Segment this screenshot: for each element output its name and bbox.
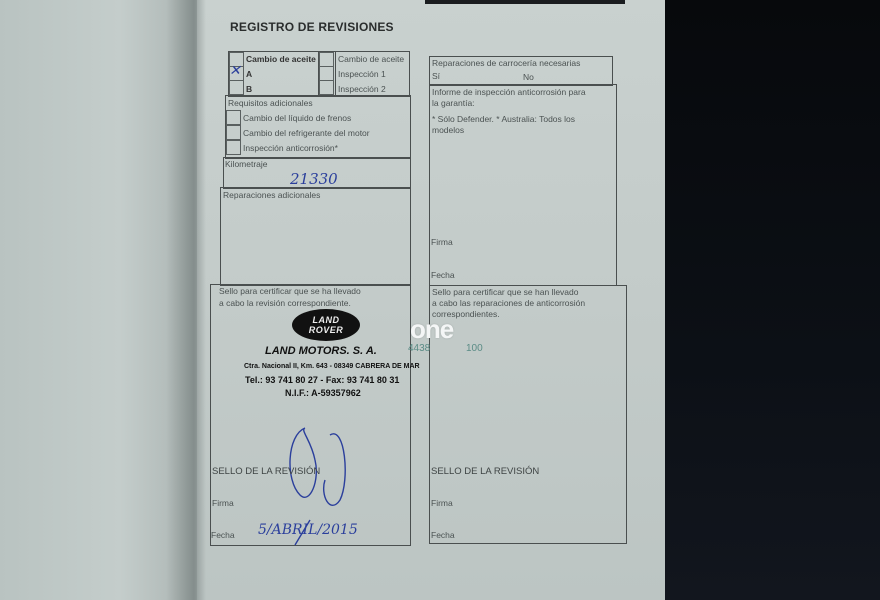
report-date-label: Fecha xyxy=(431,270,455,280)
book-gutter xyxy=(166,0,206,600)
watermark-logo: one xyxy=(410,314,453,345)
watermark-number-1: 4438 xyxy=(408,343,430,354)
check-mark-icon: ✕ xyxy=(229,63,241,79)
stamp-nif: N.I.F.: A-59357962 xyxy=(285,388,361,398)
stamp-address: Ctra. Nacional II, Km. 643 - 08349 CABRE… xyxy=(244,363,420,370)
additional-repairs-box xyxy=(220,187,411,286)
body-repairs-label: Reparaciones de carrocería necesarias xyxy=(432,58,580,68)
oil-option-a: A xyxy=(246,69,252,79)
anticorrosion-label: Inspección anticorrosión* xyxy=(243,143,338,153)
brake-fluid-label: Cambio del líquido de frenos xyxy=(243,113,351,123)
mileage-value: 21330 xyxy=(290,170,338,188)
anticorrosion-seal-label: SELLO DE LA REVISIÓN xyxy=(431,466,539,477)
coolant-checkbox[interactable] xyxy=(226,125,241,140)
stamp-company: LAND MOTORS. S. A. xyxy=(265,345,377,357)
oil-b-checkbox[interactable] xyxy=(229,80,244,95)
dark-background xyxy=(665,0,880,600)
anticorrosion-date-label: Fecha xyxy=(431,530,455,540)
certify-text-line-2: a cabo la revisión correspondiente. xyxy=(219,298,351,308)
anticorrosion-checkbox[interactable] xyxy=(226,140,241,155)
inspection-1-label: Inspección 1 xyxy=(338,69,386,79)
signature-label: Firma xyxy=(212,498,234,508)
inspection-2-checkbox[interactable] xyxy=(319,80,334,95)
watermark-number-2: 100 xyxy=(466,343,483,354)
service-oil-checkbox[interactable] xyxy=(319,52,334,67)
oil-option-b: B xyxy=(246,84,252,94)
service-oil-label: Cambio de aceite xyxy=(338,54,404,64)
corrosion-report-line-1: Informe de inspección anticorrosión para xyxy=(432,87,586,97)
page-top-edge xyxy=(425,0,625,4)
note-line-2: modelos xyxy=(432,125,464,135)
stamp-phone: Tel.: 93 741 80 27 - Fax: 93 741 80 31 xyxy=(245,375,399,385)
page-title: REGISTRO DE REVISIONES xyxy=(230,20,394,34)
date-value: 5/ABRIL/2015 xyxy=(258,522,358,538)
land-rover-logo: LAND ROVER xyxy=(292,309,360,341)
coolant-label: Cambio del refrigerante del motor xyxy=(243,128,370,138)
report-signature-label: Firma xyxy=(431,237,453,247)
seal-label: SELLO DE LA REVISIÓN xyxy=(212,466,320,477)
anticorrosion-certify-line-2: a cabo las reparaciones de anticorrosión xyxy=(432,298,585,308)
anticorrosion-seal-box xyxy=(429,285,627,544)
certify-text-line-1: Sello para certificar que se ha llevado xyxy=(219,286,361,296)
yes-label[interactable]: Sí xyxy=(432,71,440,81)
inspection-2-label: Inspección 2 xyxy=(338,84,386,94)
mileage-label: Kilometraje xyxy=(225,159,268,169)
note-line-1: * Sólo Defender. * Australia: Todos los xyxy=(432,114,575,124)
brake-fluid-checkbox[interactable] xyxy=(226,110,241,125)
additional-requirements-label: Requisitos adicionales xyxy=(228,98,313,108)
anticorrosion-certify-line-1: Sello para certificar que se han llevado xyxy=(432,287,578,297)
date-label: Fecha xyxy=(211,530,235,540)
corrosion-report-line-2: la garantía: xyxy=(432,98,475,108)
oil-change-header: Cambio de aceite xyxy=(246,54,316,64)
inspection-1-checkbox[interactable] xyxy=(319,66,334,81)
additional-repairs-label: Reparaciones adicionales xyxy=(223,190,320,200)
no-label[interactable]: No xyxy=(523,72,534,82)
anticorrosion-signature-label: Firma xyxy=(431,498,453,508)
